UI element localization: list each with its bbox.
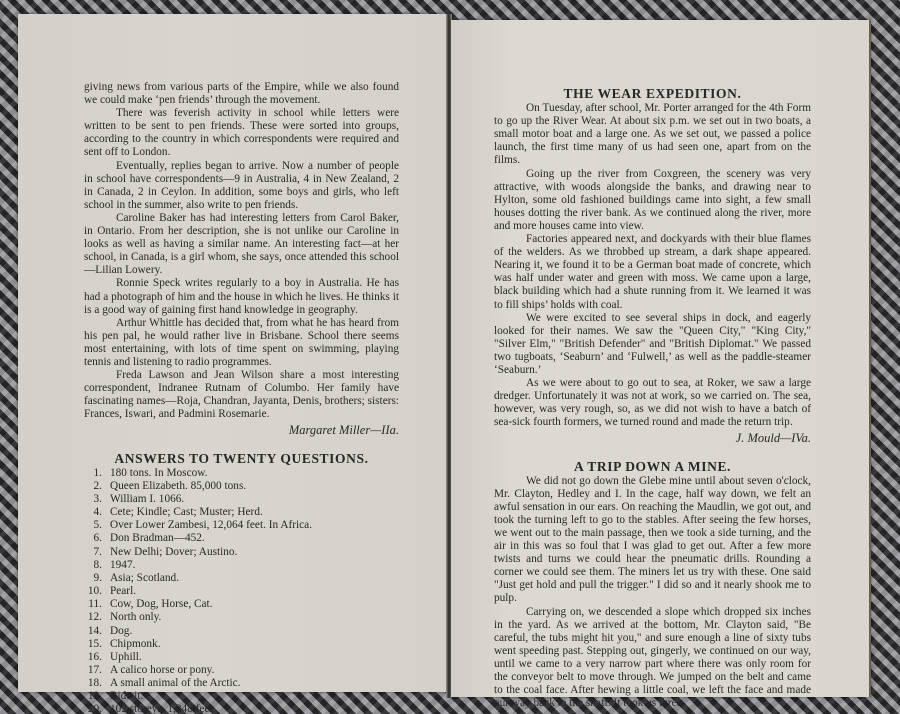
answer-text: A calico horse or pony. — [110, 664, 399, 677]
paragraph: As we were about to go out to sea, at Ro… — [494, 377, 811, 429]
answer-item: 8.1947. — [84, 559, 399, 572]
right-page-content: THE WEAR EXPEDITION. On Tuesday, after s… — [494, 87, 811, 710]
paragraph: Arthur Whittle has decided that, from wh… — [84, 317, 399, 369]
answer-text: Over Lower Zambesi, 12,064 feet. In Afri… — [110, 519, 399, 532]
answer-text: A small animal of the Arctic. — [110, 677, 399, 690]
answer-text: Uphill. — [110, 651, 399, 664]
answer-number: 19. — [84, 690, 110, 703]
answer-text: 1947. — [110, 559, 399, 572]
answer-item: 14.Dog. — [84, 625, 399, 638]
paragraph: Carrying on, we descended a slope which … — [494, 606, 811, 711]
answer-text: Don Bradman—452. — [110, 532, 399, 545]
paragraph: We did not go down the Glebe mine until … — [494, 475, 811, 606]
answer-number: 15. — [84, 638, 110, 651]
right-page: THE WEAR EXPEDITION. On Tuesday, after s… — [451, 20, 871, 697]
answer-number: 7. — [84, 546, 110, 559]
answer-text: Queen Elizabeth. 85,000 tons. — [110, 480, 399, 493]
answer-text: William I. 1066. — [110, 493, 399, 506]
answer-number: 8. — [84, 559, 110, 572]
answer-item: 6.Don Bradman—452. — [84, 532, 399, 545]
answer-item: 17.A calico horse or pony. — [84, 664, 399, 677]
answer-item: 3.William I. 1066. — [84, 493, 399, 506]
answer-number: 11. — [84, 598, 110, 611]
answer-number: 17. — [84, 664, 110, 677]
article-title-trip-down-mine: A TRIP DOWN A MINE. — [494, 460, 811, 473]
answer-number: 5. — [84, 519, 110, 532]
paragraph: We were excited to see several ships in … — [494, 312, 811, 377]
paragraph: Eventually, replies began to arrive. Now… — [84, 160, 399, 212]
answer-number: 2. — [84, 480, 110, 493]
answer-item: 16.Uphill. — [84, 651, 399, 664]
paragraph: Factories appeared next, and dockyards w… — [494, 233, 811, 312]
answer-item: 20.102 storeys. 1,248 feet. — [84, 703, 399, 714]
answer-number: 18. — [84, 677, 110, 690]
answer-item: 15.Chipmonk. — [84, 638, 399, 651]
answer-text: Ride it. — [110, 690, 399, 703]
answer-text: North only. — [110, 611, 399, 624]
answer-item: 11.Cow, Dog, Horse, Cat. — [84, 598, 399, 611]
answers-list: 1.180 tons. In Moscow. 2.Queen Elizabeth… — [84, 467, 399, 714]
answer-text: 102 storeys. 1,248 feet. — [110, 703, 399, 714]
answer-item: 18.A small animal of the Arctic. — [84, 677, 399, 690]
answer-item: 19.Ride it. — [84, 690, 399, 703]
answer-number: 6. — [84, 532, 110, 545]
answer-item: 2.Queen Elizabeth. 85,000 tons. — [84, 480, 399, 493]
answer-text: Asia; Scotland. — [110, 572, 399, 585]
answer-number: 1. — [84, 467, 110, 480]
answer-number: 4. — [84, 506, 110, 519]
paragraph: On Tuesday, after school, Mr. Porter arr… — [494, 102, 811, 167]
answer-item: 1.180 tons. In Moscow. — [84, 467, 399, 480]
answer-text: 180 tons. In Moscow. — [110, 467, 399, 480]
article-title-wear-expedition: THE WEAR EXPEDITION. — [494, 87, 811, 100]
answer-item: 12.North only. — [84, 611, 399, 624]
answer-text: Pearl. — [110, 585, 399, 598]
answer-text: Cete; Kindle; Cast; Muster; Herd. — [110, 506, 399, 519]
answer-text: New Delhi; Dover; Austino. — [110, 546, 399, 559]
answer-number: 9. — [84, 572, 110, 585]
paragraph: Caroline Baker has had interesting lette… — [84, 212, 399, 277]
author-signature: J. Mould—IVa. — [494, 432, 811, 445]
answer-item: 4.Cete; Kindle; Cast; Muster; Herd. — [84, 506, 399, 519]
paragraph: There was feverish activity in school wh… — [84, 107, 399, 159]
answer-number: 12. — [84, 611, 110, 624]
paragraph: Freda Lawson and Jean Wilson share a mos… — [84, 369, 399, 421]
answer-text: Cow, Dog, Horse, Cat. — [110, 598, 399, 611]
answer-number: 16. — [84, 651, 110, 664]
answer-text: Dog. — [110, 625, 399, 638]
left-page-content: giving news from various parts of the Em… — [84, 81, 399, 714]
paragraph: giving news from various parts of the Em… — [84, 81, 399, 107]
answer-number: 3. — [84, 493, 110, 506]
author-signature: Margaret Miller—IIa. — [84, 424, 399, 437]
answers-heading: ANSWERS TO TWENTY QUESTIONS. — [84, 452, 399, 465]
paragraph: Ronnie Speck writes regularly to a boy i… — [84, 277, 399, 316]
answer-item: 9.Asia; Scotland. — [84, 572, 399, 585]
answer-item: 5.Over Lower Zambesi, 12,064 feet. In Af… — [84, 519, 399, 532]
answer-item: 7.New Delhi; Dover; Austino. — [84, 546, 399, 559]
answer-text: Chipmonk. — [110, 638, 399, 651]
paragraph: Going up the river from Coxgreen, the sc… — [494, 168, 811, 233]
answer-number: 14. — [84, 625, 110, 638]
left-page: giving news from various parts of the Em… — [18, 14, 447, 692]
answer-number: 20. — [84, 703, 110, 714]
answer-item: 10.Pearl. — [84, 585, 399, 598]
answer-number: 10. — [84, 585, 110, 598]
